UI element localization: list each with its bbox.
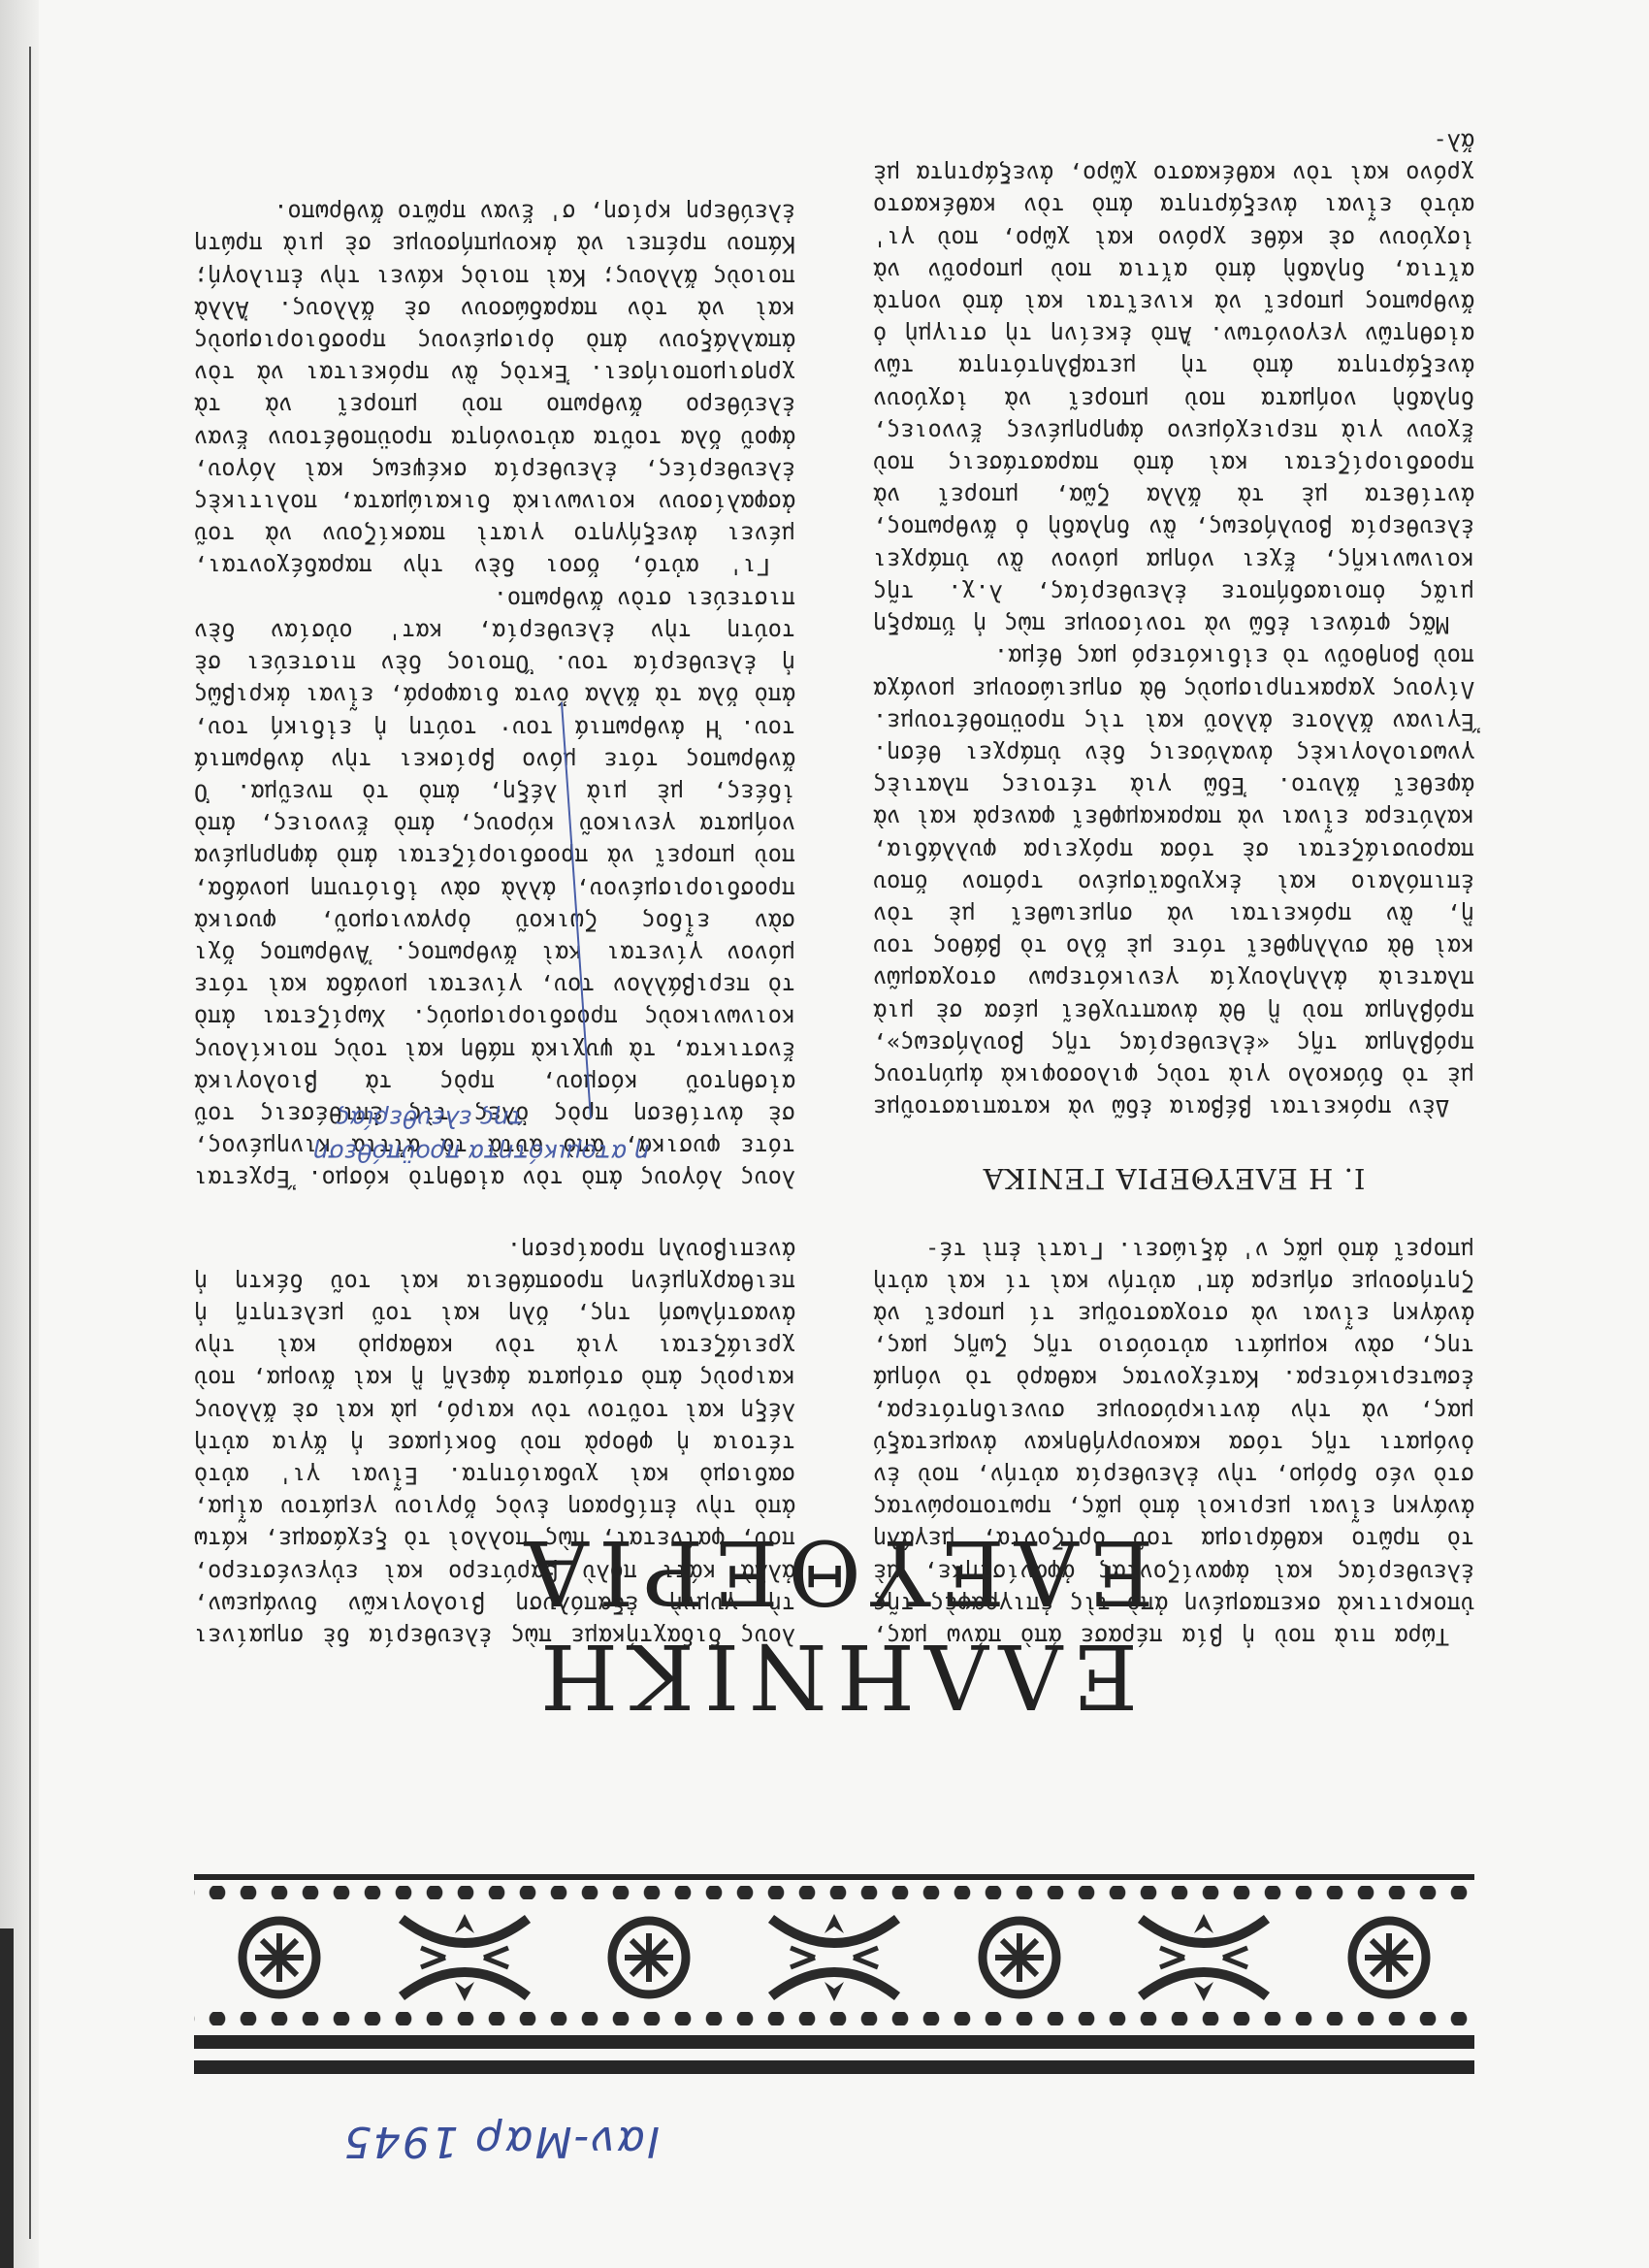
paragraph: Δὲν πρόκειται βέβαια ἐδῶ νὰ καταπιαστοῦμ… — [873, 640, 1474, 1123]
page-content: Ιαν-Μαρ 1945 ΕΛΛΗΝΙΚΗ ΕΛΕΥΘΕΡΙΑ Τώρα πιὰ… — [165, 32, 1474, 2195]
scanner-edge-black — [0, 1928, 14, 2268]
section-heading: Ι. Η ΕΛΕΥΘΕΡΙΑ ΓΕΝΙΚΑ — [873, 1162, 1474, 1194]
decorative-border — [194, 1865, 1474, 2074]
rosette-icon — [1331, 1909, 1447, 2006]
text-column-left: Τώρα πιὰ ποὺ ἡ βία πέρασε ἀπὸ πάνω μας, … — [873, 125, 1474, 1652]
rosette-icon — [961, 1909, 1078, 2006]
border-dots-bottom — [194, 1886, 1474, 1899]
paragraph: λους λόγους ἀπὸ τὸν αἰσθητὸ κόσμο. Ἔρχετ… — [194, 583, 795, 1195]
rosette-icon — [591, 1909, 707, 2006]
text-column-right: λους διδαχτήκαμε πὼς ἐλευθερία δὲ σημαίν… — [194, 196, 795, 1652]
rosette-icon — [221, 1909, 338, 2006]
border-rule-bottom — [194, 1874, 1474, 1880]
scanned-page: Ιαν-Μαρ 1945 ΕΛΛΗΝΙΚΗ ΕΛΕΥΘΕΡΙΑ Τώρα πιὰ… — [0, 0, 1649, 2268]
paragraph: Τώρα πιὰ ποὺ ἡ βία πέρασε ἀπὸ πάνω μας, … — [873, 1233, 1474, 1652]
paragraph: Μᾶς φτάνει ἐδῶ νὰ τονίσουμε πὼς ἡ ὕπαρξη… — [873, 125, 1474, 640]
handwritten-annotation-line1: η ατομικότητα προϋπόθεση — [313, 1139, 650, 1167]
border-dots-top — [194, 2012, 1474, 2025]
page-edge-line — [29, 47, 31, 2239]
handwritten-date: Ιαν-Μαρ 1945 — [342, 2117, 660, 2166]
paragraph: λους διδαχτήκαμε πὼς ἐλευθερία δὲ σημαίν… — [194, 1233, 795, 1652]
handwritten-annotation-line2: της ελευθερίας — [336, 1105, 524, 1133]
border-rule-second — [194, 2035, 1474, 2049]
leaf-motif-icon — [392, 1909, 537, 2006]
paragraph: Γι' αὐτό, ὅσοι δὲν τὴν παραδέχονται, μέν… — [194, 196, 795, 582]
leaf-motif-icon — [761, 1909, 907, 2006]
floral-pattern — [194, 1909, 1474, 2006]
border-rule-top — [194, 2060, 1474, 2074]
leaf-motif-icon — [1131, 1909, 1277, 2006]
